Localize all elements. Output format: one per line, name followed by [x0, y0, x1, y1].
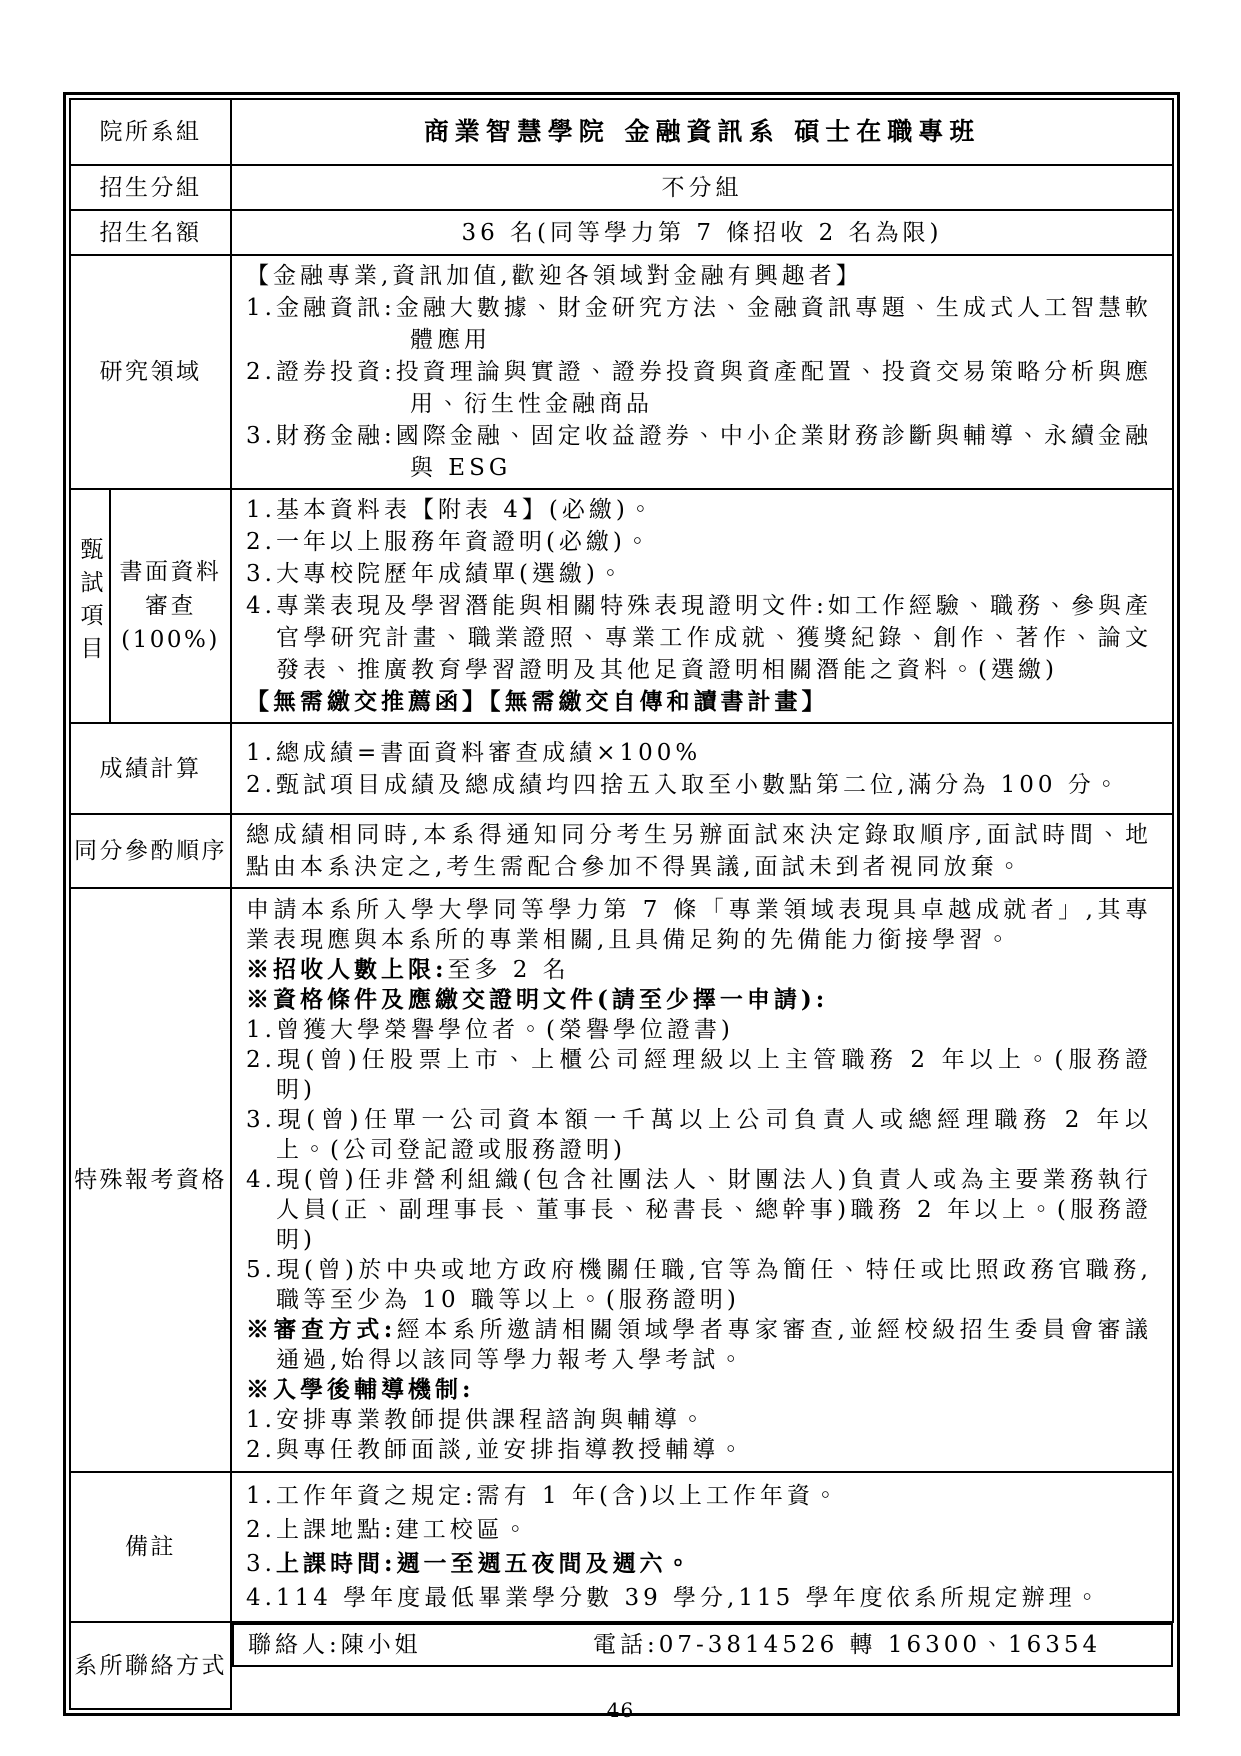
contact-label: 系所聯絡方式	[70, 1622, 231, 1709]
qualification-item: 3.現(曾)任單一公司資本額一千萬以上公司負責人或總經理職務 2 年以上。(公司…	[246, 1105, 1152, 1165]
qualification-item: 1.曾獲大學榮譽學位者。(榮譽學位證書)	[246, 1015, 1152, 1045]
department-value: 商業智慧學院 金融資訊系 碩士在職專班	[231, 99, 1173, 165]
admission-quota-label: 招生名額	[70, 210, 231, 255]
remarks-value: 1.工作年資之規定:需有 1 年(含)以上工作年資。 2.上課地點:建工校區。 …	[231, 1472, 1173, 1622]
research-intro: 【金融專業,資訊加值,歡迎各領域對金融有興趣者】	[246, 260, 1152, 292]
department-label: 院所系組	[70, 99, 231, 165]
row-contact: 系所聯絡方式 聯絡人:陳小姐 電話:07-3814526 轉 16300、163…	[70, 1622, 1173, 1709]
screening-group-label-cell: 甄試項目	[70, 489, 110, 723]
screening-item-label: 書面資料審查	[113, 555, 228, 623]
admissions-table: 院所系組 商業智慧學院 金融資訊系 碩士在職專班 招生分組 不分組 招生名額 3…	[63, 92, 1180, 1716]
qualification-item: 5.現(曾)於中央或地方政府機關任職,官等為簡任、特任或比照政務官職務,職等至少…	[246, 1255, 1152, 1315]
screening-group-label: 甄試項目	[74, 537, 107, 669]
research-area-item: 1.金融資訊:金融大數據、財金研究方法、金融資訊專題、生成式人工智慧軟體應用	[246, 292, 1152, 356]
remarks-item3-text: 上課時間:週一至週五夜間及週六。	[276, 1550, 694, 1577]
tutoring-item: 1.安排專業教師提供課程諮詢與輔導。	[246, 1405, 1152, 1435]
scoring-item: 2.甄試項目成績及總成績均四捨五入取至小數點第二位,滿分為 100 分。	[246, 769, 1152, 801]
page-number: 46	[0, 1698, 1241, 1722]
admission-group-label: 招生分組	[70, 165, 231, 210]
scoring-label: 成績計算	[70, 723, 231, 814]
row-admission-quota: 招生名額 36 名(同等學力第 7 條招收 2 名為限)	[70, 210, 1173, 255]
admission-quota-value: 36 名(同等學力第 7 條招收 2 名為限)	[231, 210, 1173, 255]
row-admission-group: 招生分組 不分組	[70, 165, 1173, 210]
remarks-item: 2.上課地點:建工校區。	[246, 1515, 1152, 1545]
qualification-item: 4.現(曾)任非營利組織(包含社團法人、財團法人)負責人或為主要業務執行人員(正…	[246, 1165, 1152, 1255]
research-area-item: 3.財務金融:國際金融、固定收益證券、中小企業財務診斷與輔導、永續金融與 ESG	[246, 420, 1152, 484]
row-research-areas: 研究領域 【金融專業,資訊加值,歡迎各領域對金融有興趣者】 1.金融資訊:金融大…	[70, 255, 1173, 489]
remarks-item: 4.114 學年度最低畢業學分數 39 學分,115 學年度依系所規定辦理。	[246, 1583, 1152, 1613]
row-scoring: 成績計算 1.總成績=書面資料審查成績×100% 2.甄試項目成績及總成績均四捨…	[70, 723, 1173, 814]
screening-value: 1.基本資料表【附表 4】(必繳)。 2.一年以上服務年資證明(必繳)。 3.大…	[231, 489, 1173, 723]
research-area-item: 2.證券投資:投資理論與實證、證券投資與資產配置、投資交易策略分析與應用、衍生性…	[246, 356, 1152, 420]
row-remarks: 備註 1.工作年資之規定:需有 1 年(含)以上工作年資。 2.上課地點:建工校…	[70, 1472, 1173, 1622]
special-review-text: 經本系所邀請相關領域學者專家審查,並經校級招生委員會審議通過,始得以該同等學力報…	[276, 1317, 1152, 1373]
row-department: 院所系組 商業智慧學院 金融資訊系 碩士在職專班	[70, 99, 1173, 165]
contact-value: 聯絡人:陳小姐 電話:07-3814526 轉 16300、16354	[232, 1623, 1173, 1667]
tutoring-item: 2.與專任教師面談,並安排指導教授輔導。	[246, 1435, 1152, 1465]
special-intro: 申請本系所入學大學同等學力第 7 條「專業領域表現具卓越成就者」,其專業表現應與…	[246, 895, 1152, 955]
screening-item: 2.一年以上服務年資證明(必繳)。	[246, 526, 1152, 558]
research-areas-value: 【金融專業,資訊加值,歡迎各領域對金融有興趣者】 1.金融資訊:金融大數據、財金…	[231, 255, 1173, 489]
tiebreak-label: 同分參酌順序	[70, 814, 231, 888]
remarks-item3-number: 3.	[246, 1551, 276, 1577]
screening-item: 3.大專校院歷年成績單(選繳)。	[246, 558, 1152, 590]
special-qualifications-label: 特殊報考資格	[70, 888, 231, 1472]
special-tutoring-title: ※入學後輔導機制:	[246, 1375, 1152, 1405]
screening-weight: (100%)	[113, 623, 228, 657]
scoring-value: 1.總成績=書面資料審查成績×100% 2.甄試項目成績及總成績均四捨五入取至小…	[231, 723, 1173, 814]
scoring-item: 1.總成績=書面資料審查成績×100%	[246, 737, 1152, 769]
qualification-item: 2.現(曾)任股票上市、上櫃公司經理級以上主管職務 2 年以上。(服務證明)	[246, 1045, 1152, 1105]
contact-phone: 電話:07-3814526 轉 16300、16354	[593, 1629, 1101, 1661]
screening-item: 1.基本資料表【附表 4】(必繳)。	[246, 494, 1152, 526]
special-cap-value: 至多 2 名	[448, 957, 570, 983]
row-special-qualifications: 特殊報考資格 申請本系所入學大學同等學力第 7 條「專業領域表現具卓越成就者」,…	[70, 888, 1173, 1472]
admission-group-value: 不分組	[231, 165, 1173, 210]
program-title: 商業智慧學院 金融資訊系 碩士在職專班	[424, 117, 980, 146]
special-docs-title: ※資格條件及應繳交證明文件(請至少擇一申請):	[246, 985, 1152, 1015]
screening-note: 【無需繳交推薦函】【無需繳交自傳和讀書計畫】	[246, 686, 1152, 718]
research-areas-label: 研究領域	[70, 255, 231, 489]
remarks-item: 1.工作年資之規定:需有 1 年(含)以上工作年資。	[246, 1481, 1152, 1511]
row-tiebreak: 同分參酌順序 總成績相同時,本系得通知同分考生另辦面試來決定錄取順序,面試時間、…	[70, 814, 1173, 888]
special-cap-title: ※招收人數上限:	[246, 956, 448, 983]
screening-item: 4.專業表現及學習潛能與相關特殊表現證明文件:如工作經驗、職務、參與產官學研究計…	[246, 590, 1152, 686]
special-cap-line: ※招收人數上限:至多 2 名	[246, 955, 1152, 985]
program-info-table: 院所系組 商業智慧學院 金融資訊系 碩士在職專班 招生分組 不分組 招生名額 3…	[69, 98, 1174, 1710]
tiebreak-value: 總成績相同時,本系得通知同分考生另辦面試來決定錄取順序,面試時間、地點由本系決定…	[231, 814, 1173, 888]
special-qualifications-value: 申請本系所入學大學同等學力第 7 條「專業領域表現具卓越成就者」,其專業表現應與…	[231, 888, 1173, 1472]
remarks-label: 備註	[70, 1472, 231, 1622]
screening-item-label-cell: 書面資料審查 (100%)	[110, 489, 231, 723]
remarks-item: 3.上課時間:週一至週五夜間及週六。	[246, 1549, 1152, 1579]
special-review-line: ※審查方式:經本系所邀請相關領域學者專家審查,並經校級招生委員會審議通過,始得以…	[246, 1315, 1152, 1375]
special-review-title: ※審查方式:	[246, 1316, 396, 1343]
contact-person: 聯絡人:陳小姐	[248, 1629, 593, 1661]
row-screening: 甄試項目 書面資料審查 (100%) 1.基本資料表【附表 4】(必繳)。 2.…	[70, 489, 1173, 723]
